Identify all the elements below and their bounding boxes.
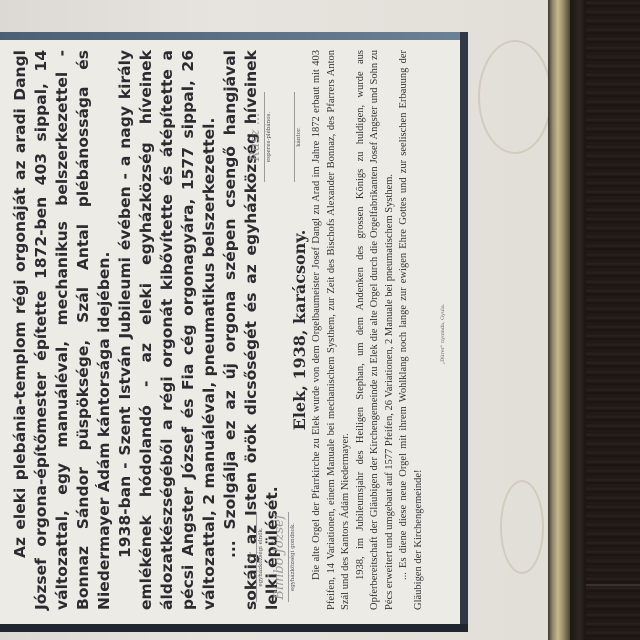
german-paragraph-2: 1938, im Jubileumsjahr des Heiligen Step… <box>354 50 398 610</box>
signature-role: egyházközségi elnök. <box>256 512 264 602</box>
frame-dark-molding <box>570 0 586 640</box>
document-border-right <box>460 32 468 632</box>
hungarian-paragraph-2: 1938-ban - Szent István Jubileumi évében… <box>115 50 220 610</box>
wooden-surface <box>586 0 640 640</box>
document-border-bottom <box>0 624 468 632</box>
signature-block: Bimbo József egyházközségi gondnok. <box>272 512 296 602</box>
document-border-top <box>0 32 468 40</box>
signature-role: kántor. <box>294 92 302 182</box>
signature-block: Rusz ... esperes-plébános. <box>248 92 272 182</box>
printer-credit: „Dürer" nyomda, Gyula. <box>440 46 446 622</box>
signature-role: egyházközségi gondnok. <box>288 512 296 602</box>
rotated-document-content: Az eleki plebánia-templom régi orgonáját… <box>10 46 460 622</box>
signature: Rusz ... <box>248 92 264 182</box>
signature-role: esperes-plébános. <box>264 92 272 182</box>
hungarian-paragraph-1: Az eleki plebánia-templom régi orgonáját… <box>10 50 115 610</box>
signature: Bimbo József <box>272 512 288 602</box>
water-stain <box>500 480 544 574</box>
photo-scene: Az eleki plebánia-templom régi orgonáját… <box>0 0 640 640</box>
wood-seam <box>586 584 640 586</box>
water-stain <box>478 40 552 154</box>
signature-block: kántor. <box>278 92 302 182</box>
german-paragraph-1: Die alte Orgel der Pfarrkirche zu Elek w… <box>310 50 354 610</box>
german-paragraph-3: ... Es diene diese neue Orgel mit ihrem … <box>397 50 426 610</box>
signature <box>278 92 294 182</box>
signature-block: ... egyházközségi elnök. <box>240 512 264 602</box>
german-text: Die alte Orgel der Pfarrkirche zu Elek w… <box>310 50 426 610</box>
gilded-frame-edge <box>548 0 570 640</box>
signature: ... <box>240 512 256 602</box>
